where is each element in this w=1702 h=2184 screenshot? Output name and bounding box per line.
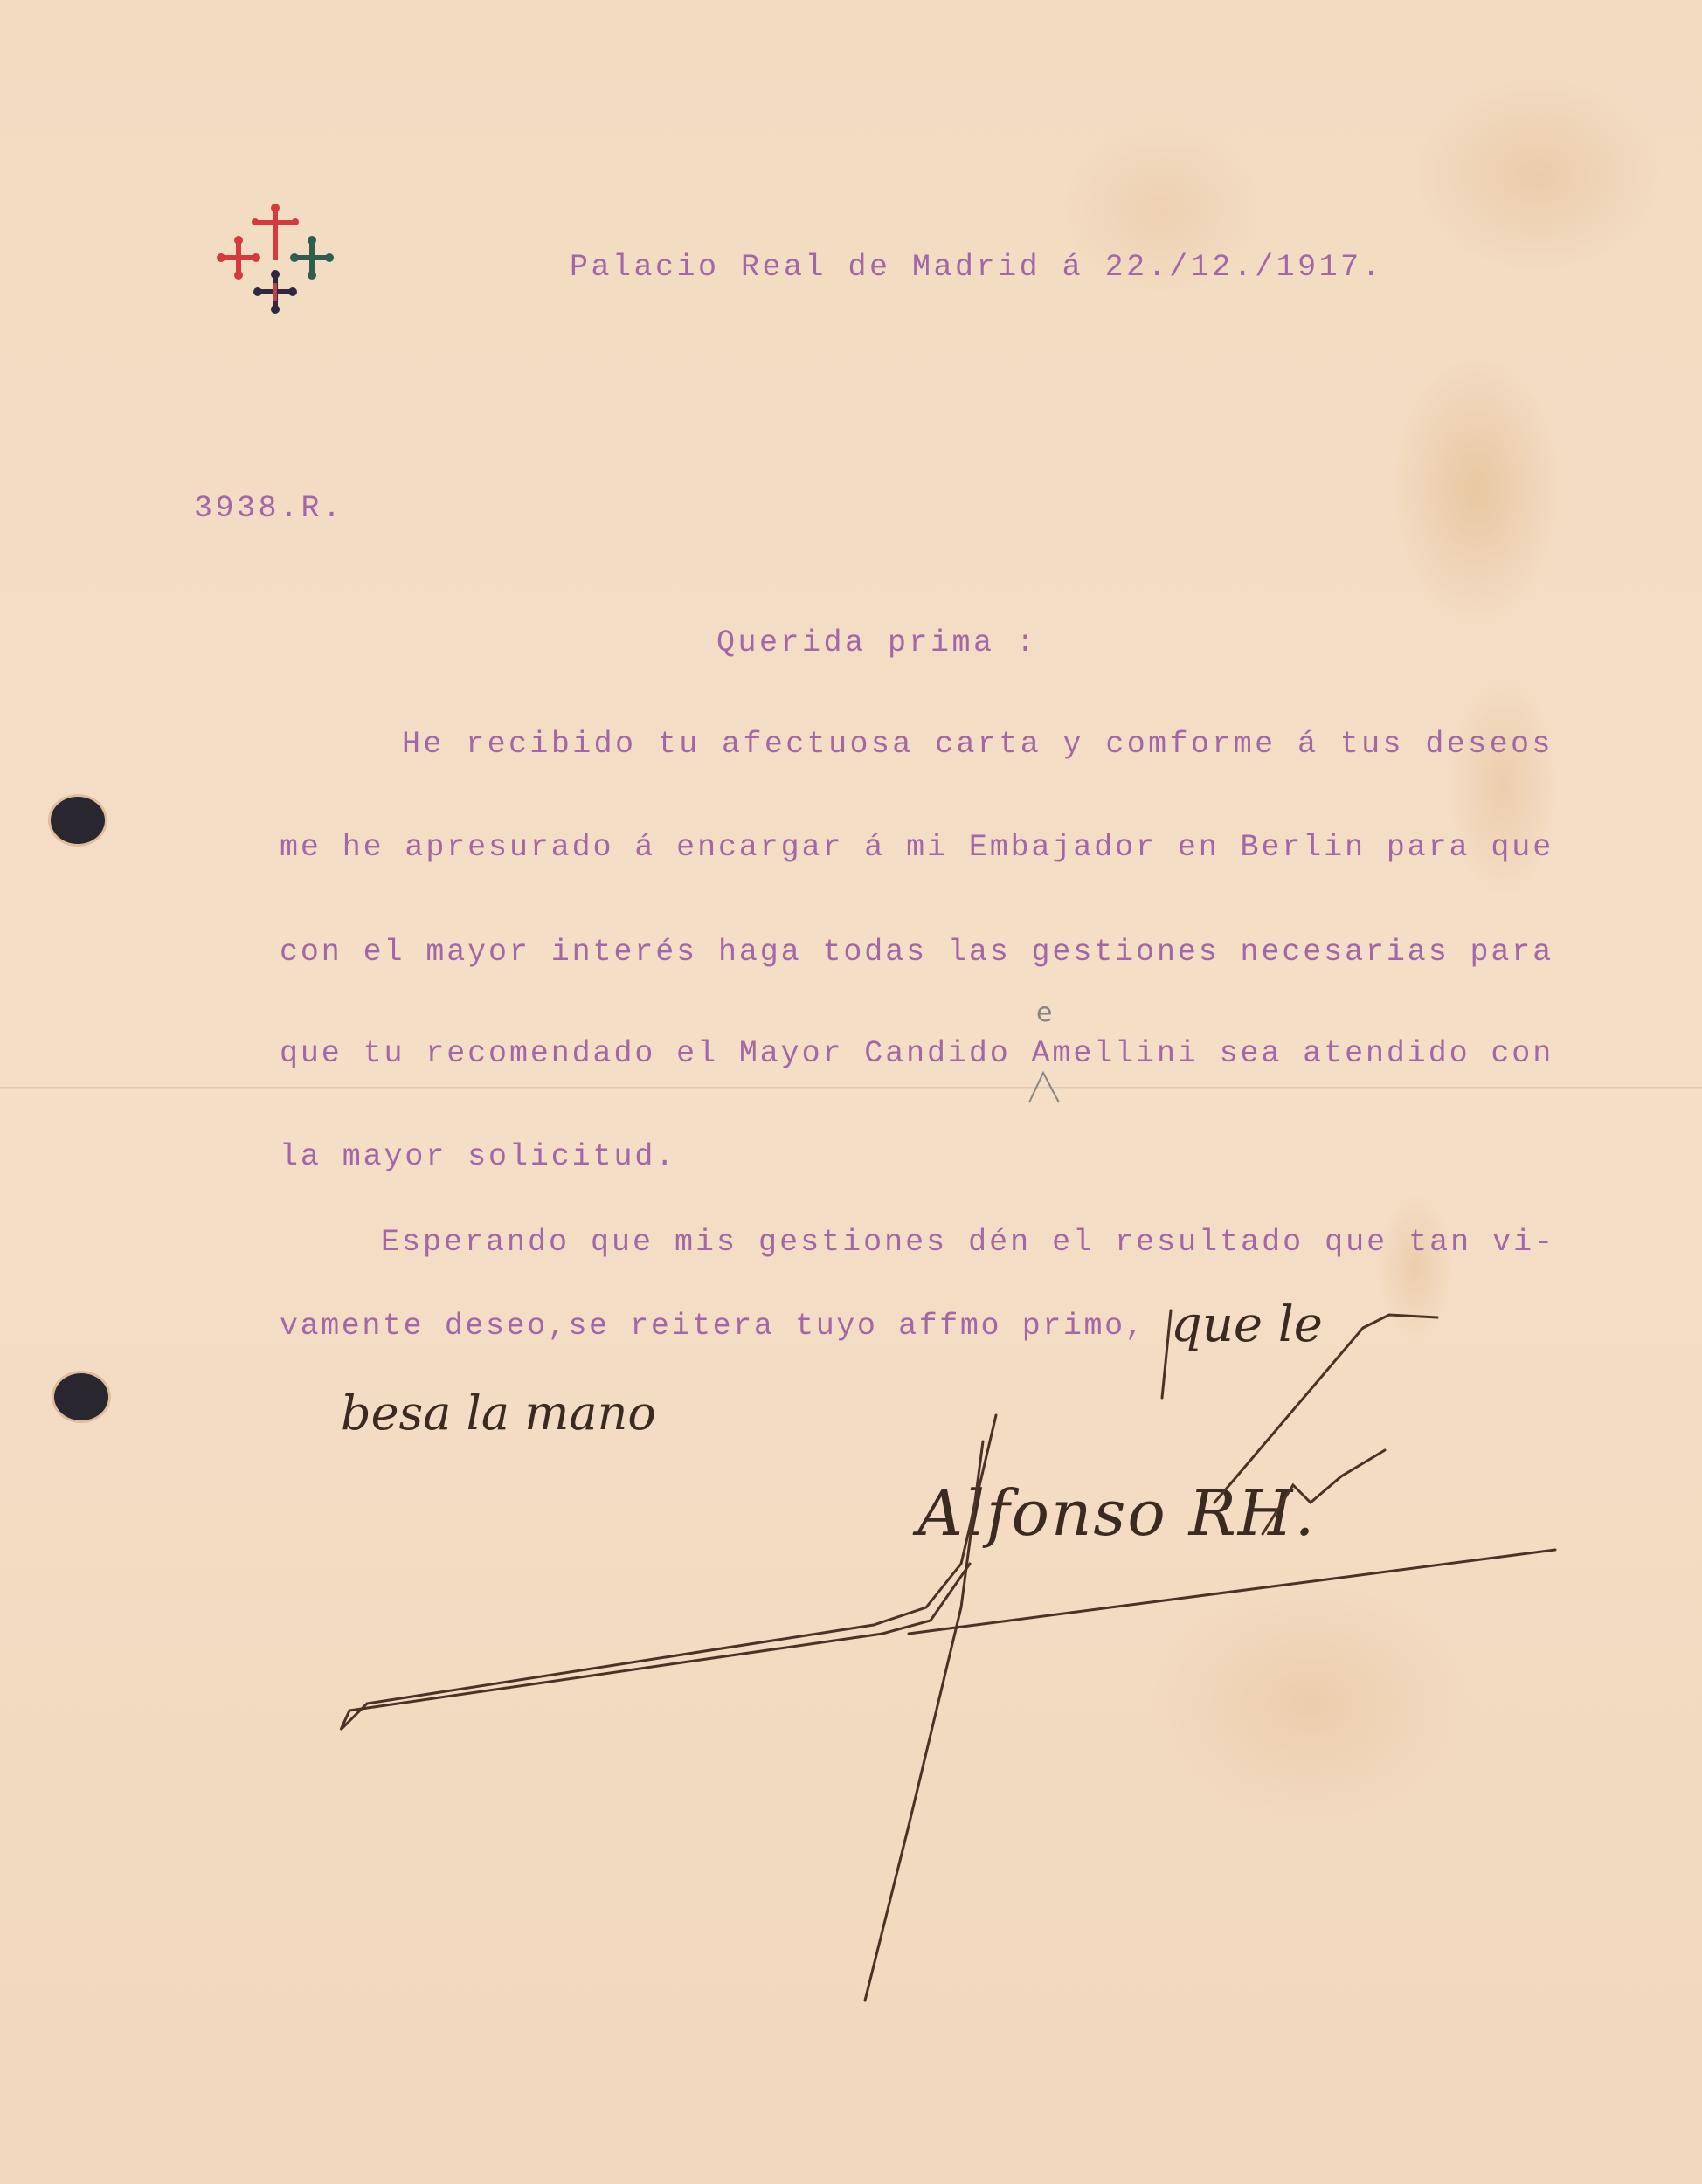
signature-flourish (0, 0, 1702, 2184)
